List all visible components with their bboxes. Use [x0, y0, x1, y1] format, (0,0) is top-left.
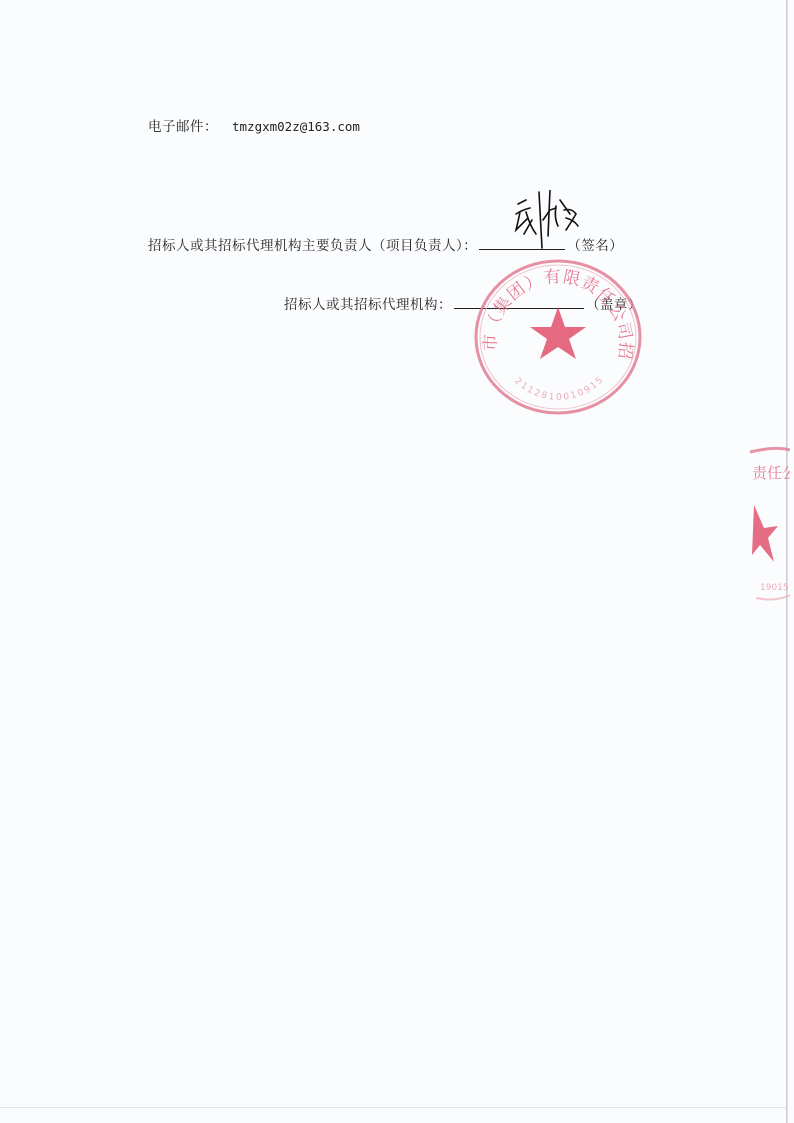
handwritten-signature — [512, 190, 602, 252]
email-label: 电子邮件： — [148, 119, 218, 135]
email-value: tmzgxm02z@163.com — [232, 119, 360, 134]
partial-seal-code: 19015 — [760, 583, 789, 593]
seal-star-icon — [530, 307, 586, 359]
email-row: 电子邮件：tmzgxm02z@163.com — [148, 115, 360, 135]
partial-seal-stamp: 责任公 19015 — [730, 440, 790, 605]
seal-label: 招标人或其招标代理机构： — [284, 297, 452, 313]
page-bottom-edge — [0, 1107, 786, 1108]
company-seal-stamp: 市（集团）有限责任公司招标采购中心 2112810010915 29 — [468, 255, 648, 415]
signature-label: 招标人或其招标代理机构主要负责人（项目负责人）： — [148, 238, 477, 254]
partial-seal-text: 责任公 — [752, 464, 790, 482]
partial-seal-star-icon — [752, 505, 778, 562]
